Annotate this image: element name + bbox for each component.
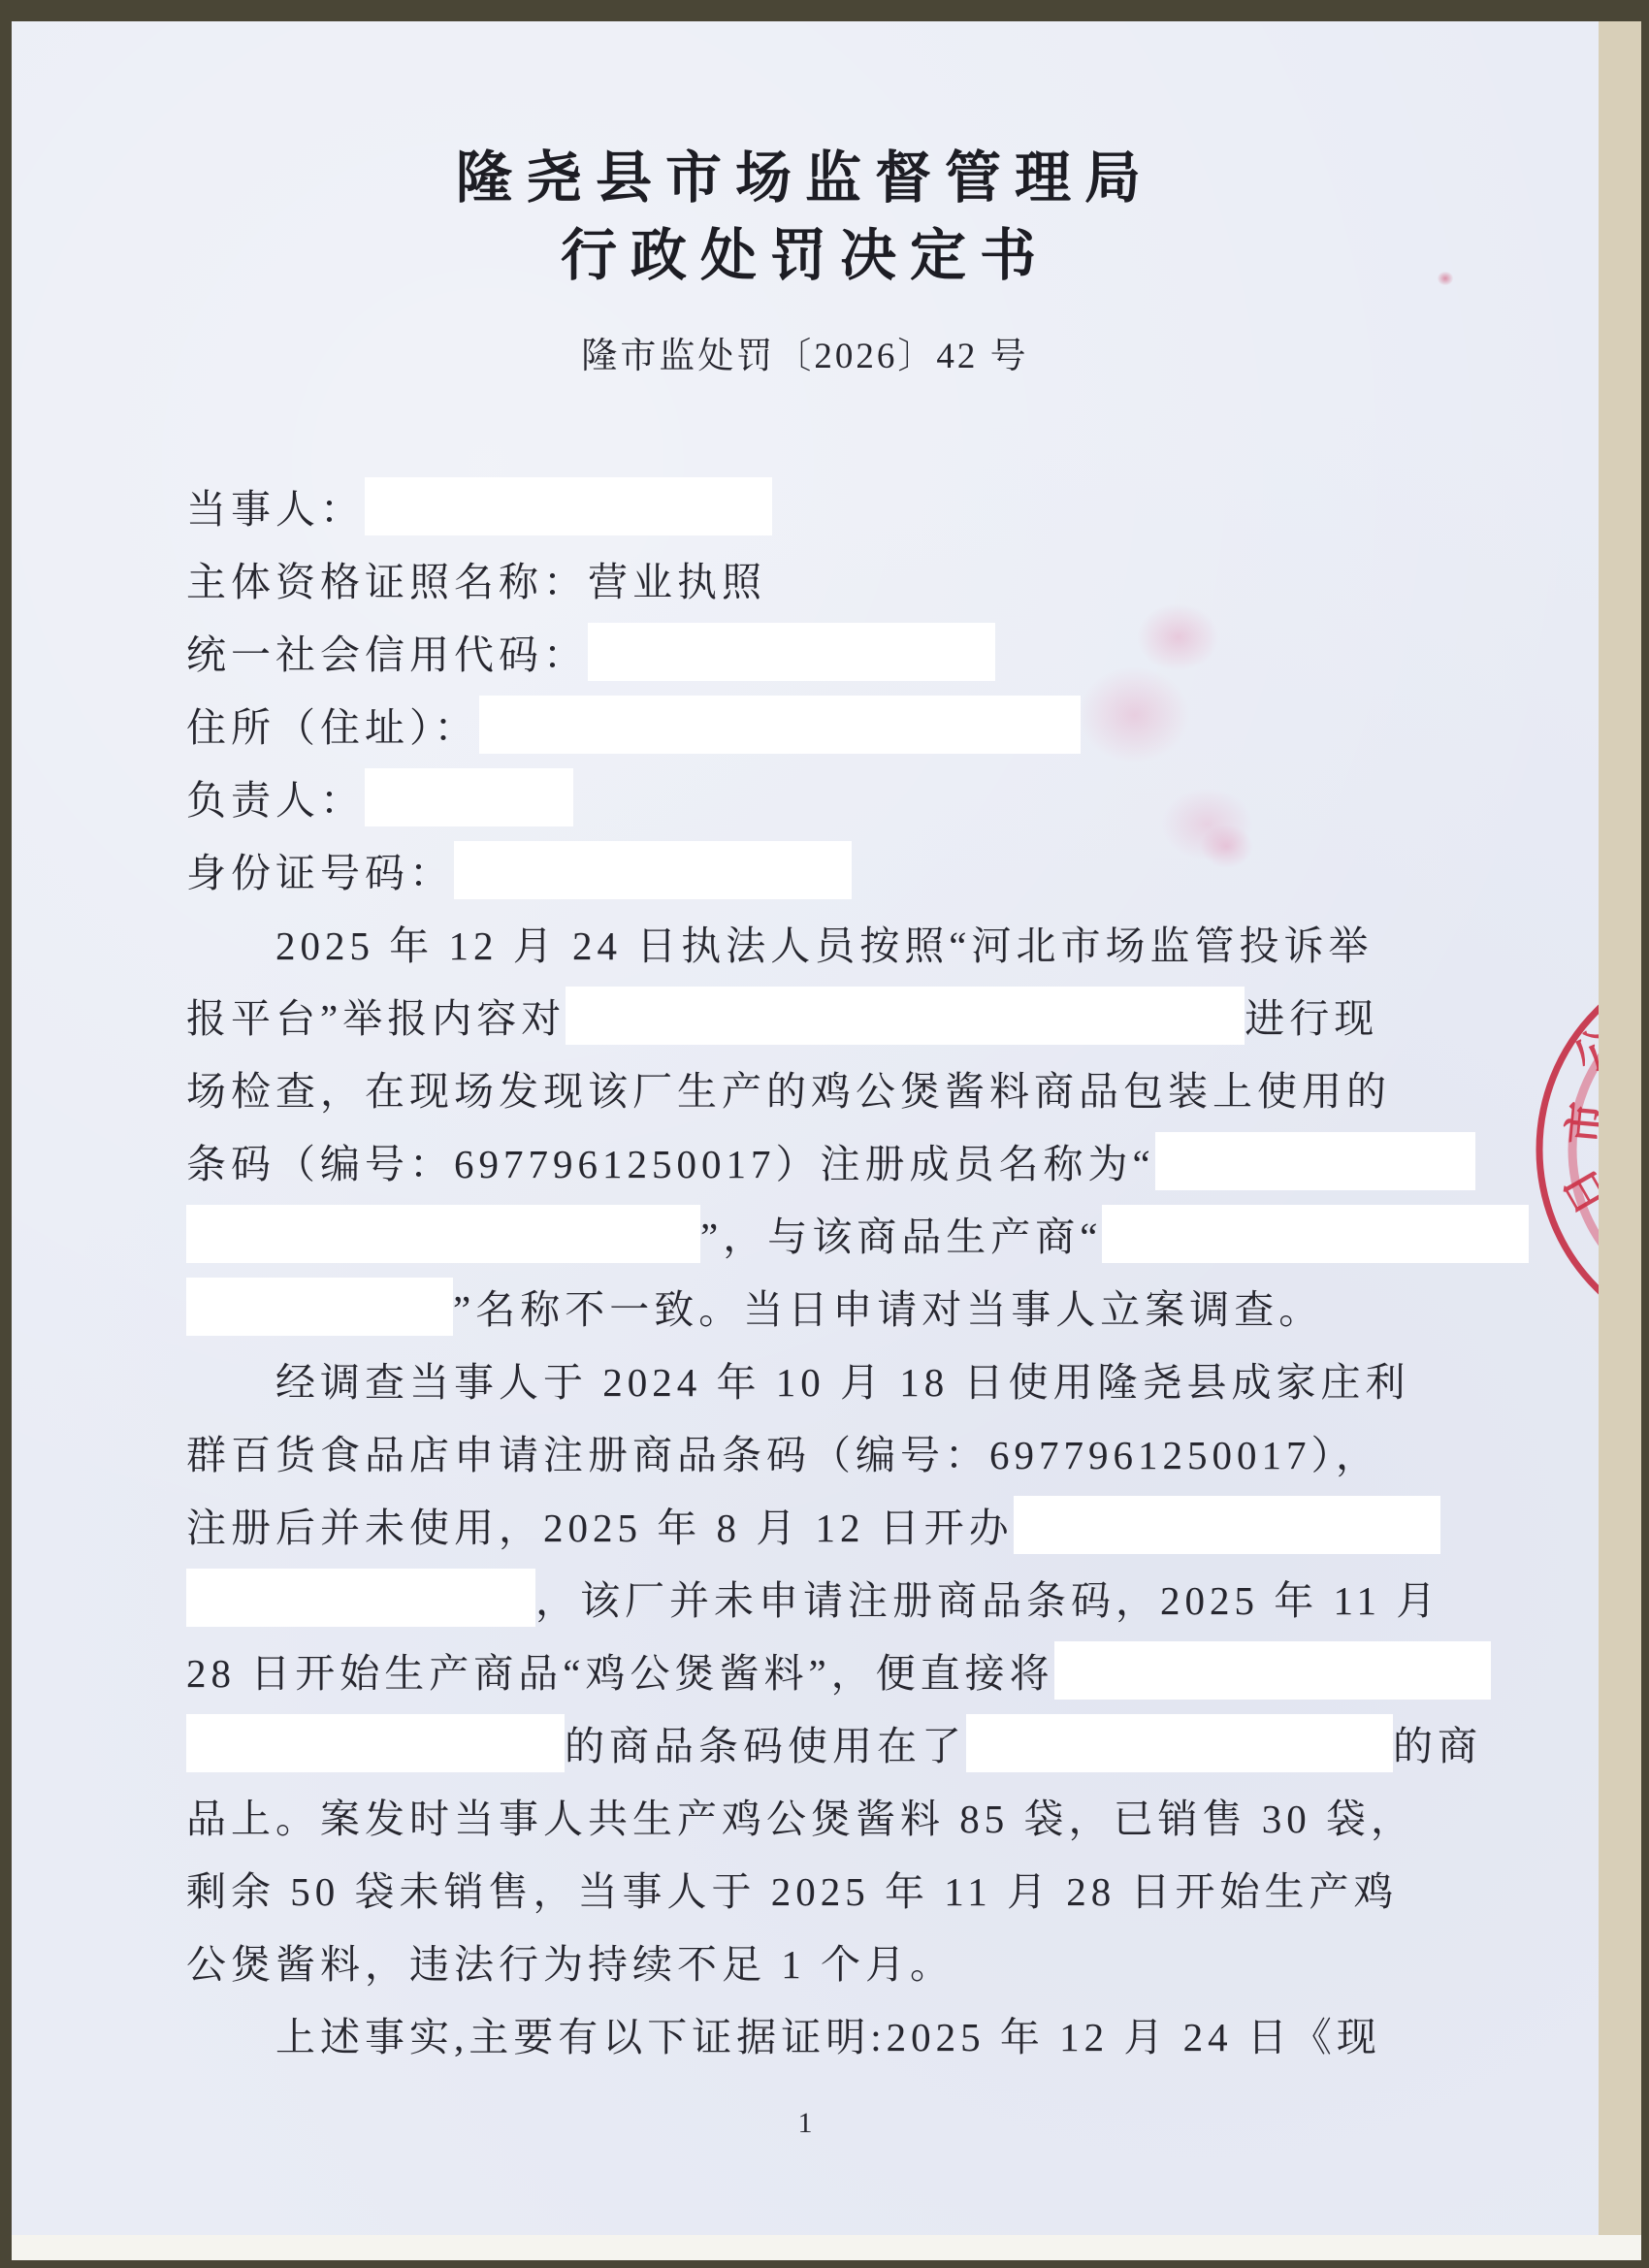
redaction-box — [186, 1569, 535, 1627]
body-text: 剩余 50 袋未销售，当事人于 2025 年 11 月 28 日开始生产鸡 — [186, 1860, 1398, 1917]
body-line: 群百货食品店申请注册商品条码（编号：6977961250017）， — [186, 1415, 1550, 1488]
body-text: 注册后并未使用，2025 年 8 月 12 日开办 — [186, 1496, 1014, 1553]
body-line: 品上。案发时当事人共生产鸡公煲酱料 85 袋，已销售 30 袋， — [186, 1779, 1550, 1852]
redaction-box — [365, 477, 772, 535]
redaction-box — [1014, 1496, 1440, 1554]
redaction-box — [454, 841, 852, 899]
document-content: 隆尧县市场监督管理局 行政处罚决定书 隆市监处罚〔2026〕42 号 当事人：主… — [12, 21, 1599, 2070]
document-type-title: 行政处罚决定书 — [12, 221, 1599, 291]
body-line: 住所（住址）： — [186, 688, 1550, 761]
body-line: 身份证号码： — [186, 833, 1550, 906]
body-text: 上述事实,主要有以下证据证明:2025 年 12 月 24 日《现 — [275, 2005, 1381, 2062]
redaction-box — [186, 1714, 565, 1772]
body-text: 群百货食品店申请注册商品条码（编号：6977961250017）， — [186, 1423, 1380, 1480]
body-line: 负责人： — [186, 761, 1550, 833]
body-line: 剩余 50 袋未销售，当事人于 2025 年 11 月 28 日开始生产鸡 — [186, 1852, 1550, 1925]
body-text: 身份证号码： — [186, 841, 454, 898]
page-number: 1 — [12, 2107, 1599, 2140]
paper-edge-strip — [1599, 21, 1641, 2235]
body-text: 品上。案发时当事人共生产鸡公煲酱料 85 袋，已销售 30 袋， — [186, 1787, 1415, 1844]
body-text: 的商 — [1393, 1714, 1482, 1771]
body-line: 2025 年 12 月 24 日执法人员按照“河北市场监管投诉举 — [186, 906, 1550, 979]
redaction-box — [588, 623, 995, 681]
body-line: ，该厂并未申请注册商品条码，2025 年 11 月 — [186, 1561, 1550, 1634]
body-text: 条码（编号：6977961250017）注册成员名称为“ — [186, 1132, 1155, 1189]
seal-glyph: 市 — [1561, 1100, 1599, 1147]
body-text: 公煲酱料，违法行为持续不足 1 个月。 — [186, 1932, 954, 1990]
body-text: 进行现 — [1245, 987, 1378, 1044]
body-text: 主体资格证照名称：营业执照 — [186, 550, 766, 607]
body-text: 的商品条码使用在了 — [565, 1714, 966, 1771]
body-text: ”名称不一致。当日申请对当事人立案调查。 — [453, 1278, 1323, 1335]
body-line: 公煲酱料，违法行为持续不足 1 个月。 — [186, 1925, 1550, 1997]
body-line: 注册后并未使用，2025 年 8 月 12 日开办 — [186, 1488, 1550, 1561]
body-text: 28 日开始生产商品“鸡公煲酱料”，便直接将 — [186, 1641, 1054, 1699]
body-line: 统一社会信用代码： — [186, 615, 1550, 688]
redaction-box — [966, 1714, 1393, 1772]
redaction-box — [479, 696, 1081, 754]
scanned-document: { "page": { "title_line1": "隆尧县市场监督管理局",… — [0, 0, 1649, 2268]
document-body: 当事人：主体资格证照名称：营业执照统一社会信用代码：住所（住址）：负责人：身份证… — [12, 470, 1599, 2070]
body-text: 住所（住址）： — [186, 696, 479, 753]
body-line: 报平台”举报内容对进行现 — [186, 979, 1550, 1052]
document-number: 隆市监处罚〔2026〕42 号 — [12, 326, 1599, 378]
body-line: ”，与该商品生产商“ — [186, 1197, 1550, 1270]
body-line: 场检查，在现场发现该厂生产的鸡公煲酱料商品包装上使用的 — [186, 1052, 1550, 1124]
body-line: 上述事实,主要有以下证据证明:2025 年 12 月 24 日《现 — [186, 1997, 1550, 2070]
redaction-box — [186, 1278, 453, 1336]
document-page: 隆尧县市场监督管理局 行政处罚决定书 隆市监处罚〔2026〕42 号 当事人：主… — [12, 21, 1599, 2235]
body-line: 当事人： — [186, 470, 1550, 542]
body-line: 经调查当事人于 2024 年 10 月 18 日使用隆尧县成家庄利 — [186, 1343, 1550, 1415]
redaction-box — [1155, 1132, 1475, 1190]
body-text: 经调查当事人于 2024 年 10 月 18 日使用隆尧县成家庄利 — [275, 1350, 1410, 1408]
body-text: 统一社会信用代码： — [186, 623, 588, 680]
body-text: ”，与该商品生产商“ — [700, 1205, 1102, 1262]
body-text: 场检查，在现场发现该厂生产的鸡公煲酱料商品包装上使用的 — [186, 1059, 1391, 1117]
redaction-box — [365, 768, 573, 826]
body-text: 2025 年 12 月 24 日执法人员按照“河北市场监管投诉举 — [275, 914, 1373, 971]
redaction-box — [186, 1205, 700, 1263]
body-text: 负责人： — [186, 768, 365, 826]
official-seal-icon: 公 市 日 — [1503, 917, 1599, 1382]
body-line: 28 日开始生产商品“鸡公煲酱料”，便直接将 — [186, 1634, 1550, 1706]
scanner-bottom-strip — [12, 2235, 1641, 2260]
redaction-box — [566, 987, 1245, 1045]
body-line: 的商品条码使用在了的商 — [186, 1706, 1550, 1779]
agency-title: 隆尧县市场监督管理局 — [12, 144, 1599, 213]
body-line: 主体资格证照名称：营业执照 — [186, 542, 1550, 615]
body-text: ，该厂并未申请注册商品条码，2025 年 11 月 — [535, 1569, 1440, 1626]
body-text: 当事人： — [186, 477, 365, 535]
redaction-box — [1054, 1641, 1491, 1700]
redaction-box — [1102, 1205, 1529, 1263]
body-line: 条码（编号：6977961250017）注册成员名称为“ — [186, 1124, 1550, 1197]
body-text: 报平台”举报内容对 — [186, 987, 566, 1044]
body-line: ”名称不一致。当日申请对当事人立案调查。 — [186, 1270, 1550, 1343]
